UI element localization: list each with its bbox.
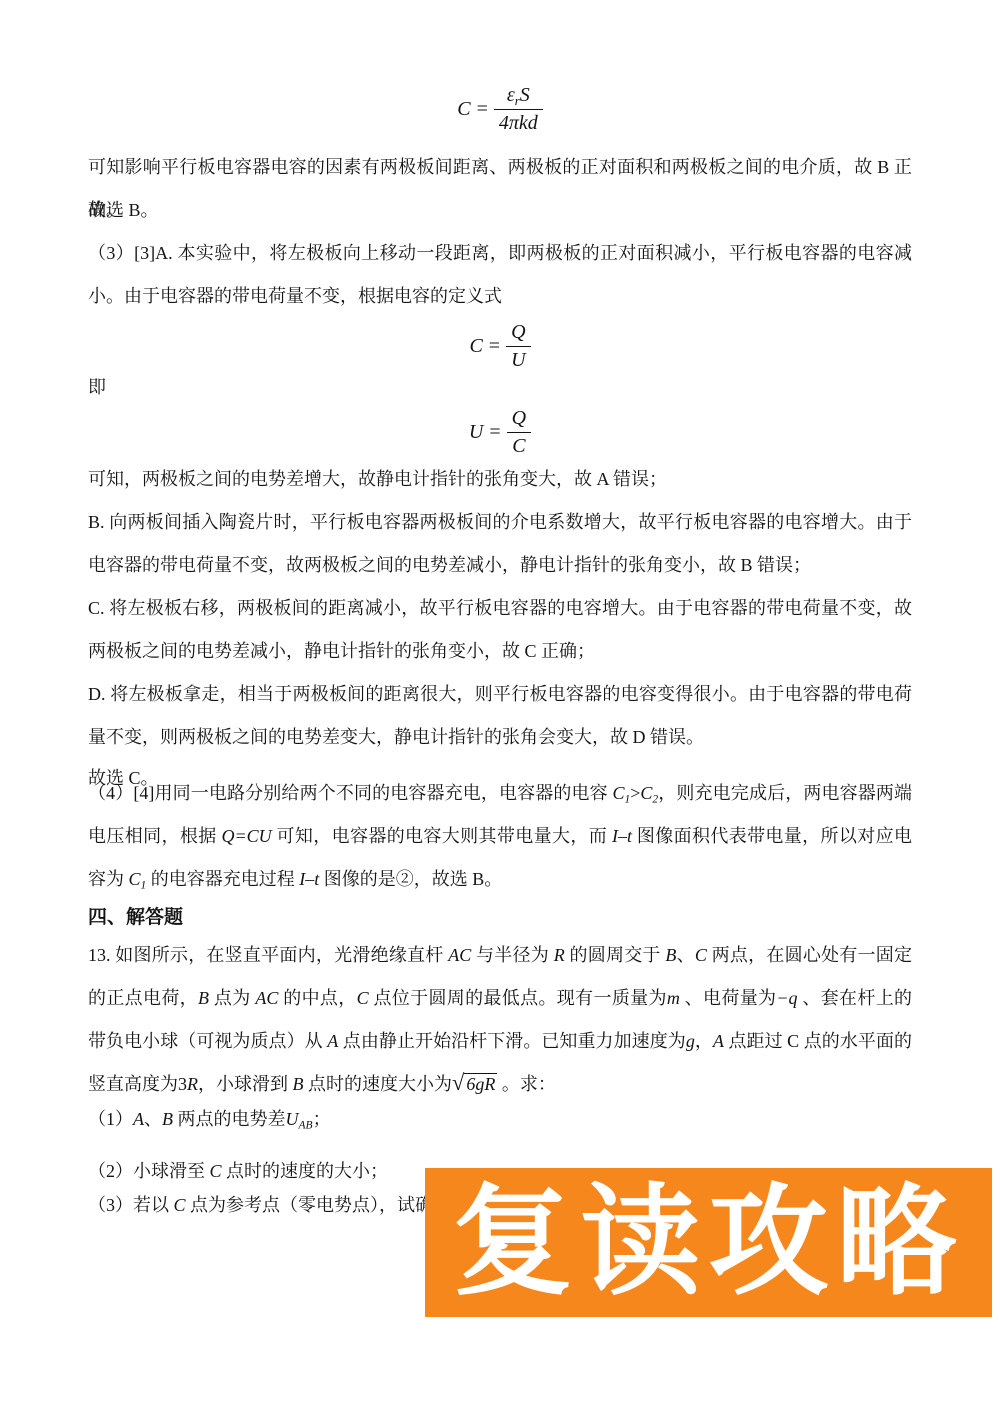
solution-option-a: 可知，两极板之间的电势差增大，故静电计指针的张角变大，故 A 错误； <box>88 458 912 501</box>
equals-sign: = <box>477 88 488 131</box>
fraction: εrS 4πkd <box>494 83 543 136</box>
fraction-numerator: εrS <box>494 83 543 110</box>
document-page: C = εrS 4πkd 可知影响平行板电容器电容的因素有两极板间距离、两极板的… <box>0 0 1000 1414</box>
problem-13-statement: 13. 如图所示，在竖直平面内，光滑绝缘直杆 AC 与半径为 R 的圆周交于 B… <box>88 934 912 1106</box>
solution-option-d: D. 将左极板拿走，相当于两极板间的距离很大，则平行板电容器的电容变得很小。由于… <box>88 673 912 759</box>
formula-definition-u: U = Q C <box>0 404 1000 460</box>
solution-paragraph-q4: （4）[4]用同一电路分别给两个不同的电容器充电，电容器的电容 C1>C2，则充… <box>88 772 912 901</box>
fraction-denominator: C <box>507 433 531 459</box>
area-symbol: S <box>520 84 530 106</box>
solution-choose-b: 故选 B。 <box>88 189 912 232</box>
solution-paragraph-q3-intro: （3）[3]A. 本实验中，将左极板向上移动一段距离，即两极板的正对面积减小，平… <box>88 232 912 318</box>
fraction: Q C <box>507 406 531 459</box>
equals-sign: = <box>489 325 500 368</box>
epsilon-symbol: ε <box>507 84 515 106</box>
fraction: Q U <box>506 320 530 373</box>
fudu-gonglue-banner: 复读攻略 <box>425 1168 992 1317</box>
formula-lhs: C <box>457 88 470 131</box>
solution-ji: 即 <box>88 366 912 409</box>
formula-capacitance: C = εrS 4πkd <box>0 76 1000 142</box>
fraction-numerator: Q <box>507 406 531 433</box>
solution-option-b: B. 向两板间插入陶瓷片时，平行板电容器两极板间的介电系数增大，故平行板电容器的… <box>88 501 912 587</box>
formula-lhs: U <box>469 411 483 454</box>
formula-lhs: C <box>469 325 482 368</box>
section-header: 四、解答题 <box>88 896 912 939</box>
fraction-denominator: 4πkd <box>494 110 543 136</box>
fraction-numerator: Q <box>506 320 530 347</box>
problem-13-sub-question-1: （1）A、B 两点的电势差UAB； <box>88 1098 912 1141</box>
solution-option-c: C. 将左极板右移，两极板间的距离减小，故平行板电容器的电容增大。由于电容器的带… <box>88 587 912 673</box>
banner-text: 复读攻略 <box>453 1183 965 1303</box>
equals-sign: = <box>489 411 500 454</box>
